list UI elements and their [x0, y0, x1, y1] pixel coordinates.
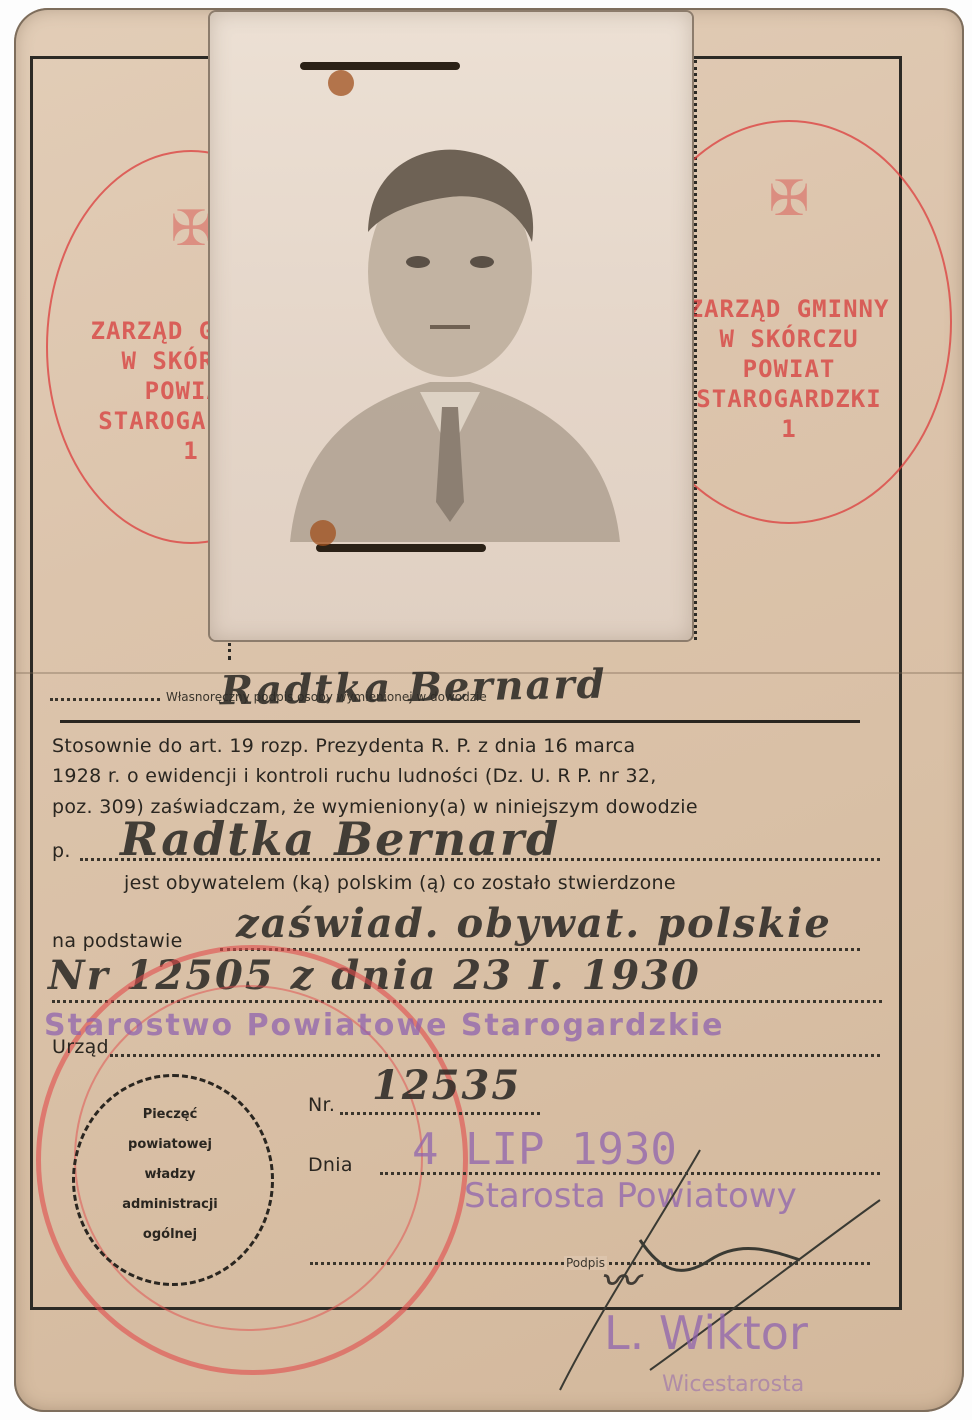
basis-label: na podstawie — [52, 930, 183, 952]
certification-line-2: 1928 r. o ewidencji i kontroli ruchu lud… — [52, 765, 657, 787]
portrait-figure — [270, 122, 630, 542]
office-stamp: Starostwo Powiatowe Starogardzkie — [44, 1008, 725, 1043]
seal-line: powiatowej — [72, 1130, 268, 1160]
number-value: 12535 — [372, 1062, 521, 1109]
p-label: p. — [52, 840, 71, 862]
seal-line: ogólnej — [72, 1220, 268, 1250]
number-dots — [340, 1112, 540, 1115]
office-dots — [110, 1054, 880, 1057]
citizen-line: jest obywatelem (ką) polskim (ą) co zost… — [124, 872, 676, 894]
seal-line: administracji — [72, 1190, 268, 1220]
basis-dots — [220, 948, 860, 951]
portrait-photo — [210, 12, 692, 640]
seal-line: Pieczęć — [72, 1100, 268, 1130]
signature-stroke — [480, 1140, 900, 1400]
number-label: Nr. — [308, 1094, 335, 1116]
owner-signature: Radtka Bernard — [220, 661, 607, 715]
certification-line-1: Stosownie do art. 19 rozp. Prezydenta R.… — [52, 735, 635, 757]
rust-stain — [310, 520, 336, 546]
date-label: Dnia — [308, 1154, 353, 1176]
staple-bottom — [316, 544, 486, 552]
office-label: Urząd — [52, 1036, 109, 1058]
seal-placeholder-text: Pieczęć powiatowej władzy administracji … — [72, 1100, 268, 1250]
seal-line: władzy — [72, 1160, 268, 1190]
rust-stain — [328, 70, 354, 96]
holder-name: Radtka Bernard — [120, 812, 560, 866]
official-name-stamp: L. Wiktor — [604, 1306, 808, 1360]
official-role-stamp: Wicestarosta — [662, 1372, 804, 1397]
owner-signature-dots — [50, 698, 160, 701]
staple-top — [300, 62, 460, 70]
basis-handwritten: zaświad. obywat. polskie — [236, 900, 832, 947]
owner-signature-underline — [60, 720, 860, 723]
